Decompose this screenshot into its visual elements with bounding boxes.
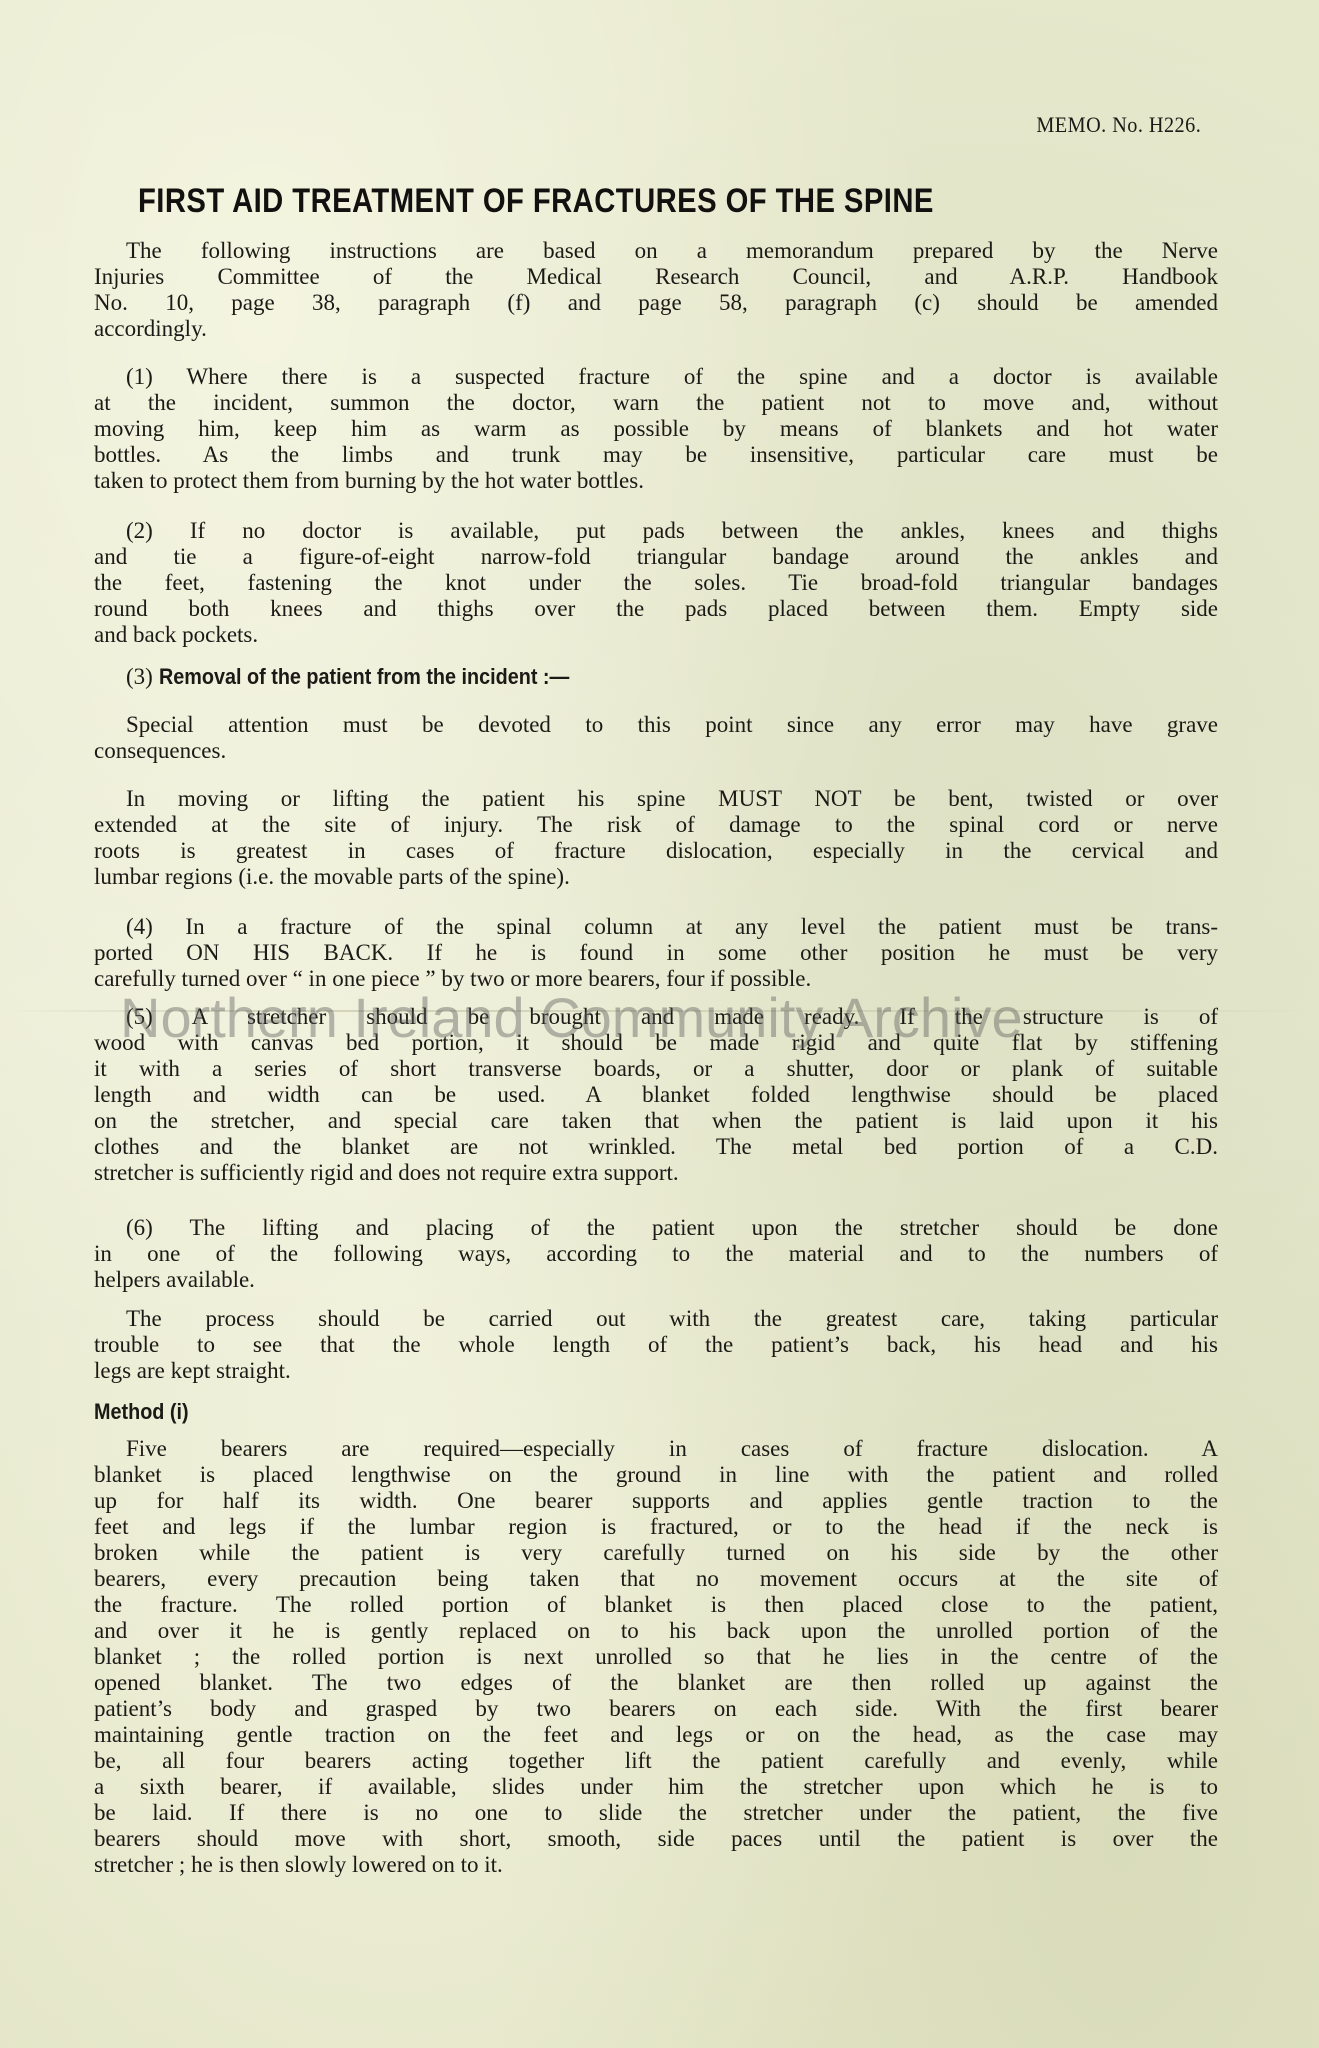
text-line: a sixth bearer, if available, slides und… xyxy=(94,1774,1218,1800)
text-line: opened blanket. The two edges of the bla… xyxy=(94,1670,1218,1696)
process-paragraph: The process should be carried out with t… xyxy=(94,1306,1218,1384)
text-line: No. 10, page 38, paragraph (f) and page … xyxy=(94,290,1218,316)
text-line: on the stretcher, and special care taken… xyxy=(94,1108,1218,1134)
text-line: length and width can be used. A blanket … xyxy=(94,1082,1218,1108)
text-line: wood with canvas bed portion, it should … xyxy=(94,1030,1218,1056)
text-line: Special attention must be devoted to thi… xyxy=(94,712,1218,738)
text-line: legs are kept straight. xyxy=(94,1358,1218,1384)
text-line: carefully turned over “ in one piece ” b… xyxy=(94,966,1218,992)
section-3-paragraph-1: Special attention must be devoted to thi… xyxy=(94,712,1218,764)
text-line: roots is greatest in cases of fracture d… xyxy=(94,838,1218,864)
text-line: round both knees and thighs over the pad… xyxy=(94,596,1218,622)
text-line: the feet, fastening the knot under the s… xyxy=(94,570,1218,596)
memo-page: MEMO. No. H226. FIRST AID TREATMENT OF F… xyxy=(0,0,1319,2048)
text-line: The process should be carried out with t… xyxy=(94,1306,1218,1332)
text-line: trouble to see that the whole length of … xyxy=(94,1332,1218,1358)
text-line: Five bearers are required—especially in … xyxy=(94,1436,1218,1462)
text-line: it with a series of short transverse boa… xyxy=(94,1056,1218,1082)
text-line: the fracture. The rolled portion of blan… xyxy=(94,1592,1218,1618)
text-line: Injuries Committee of the Medical Resear… xyxy=(94,264,1218,290)
section-3-paragraph-2: In moving or lifting the patient his spi… xyxy=(94,786,1218,890)
text-line: blanket is placed lengthwise on the grou… xyxy=(94,1462,1218,1488)
section-3-number: (3) xyxy=(126,664,153,689)
section-1-paragraph: (1) Where there is a suspected fracture … xyxy=(94,364,1218,494)
method-heading: Method (i) xyxy=(94,1399,189,1425)
text-line: The following instructions are based on … xyxy=(94,238,1218,264)
text-line: clothes and the blanket are not wrinkled… xyxy=(94,1134,1218,1160)
method-paragraph: Five bearers are required—especially in … xyxy=(94,1436,1218,1878)
text-line: consequences. xyxy=(94,738,1218,764)
text-line: stretcher is sufficiently rigid and does… xyxy=(94,1160,1218,1186)
text-line: (2) If no doctor is available, put pads … xyxy=(94,518,1218,544)
text-line: bottles. As the limbs and trunk may be i… xyxy=(94,442,1218,468)
text-line: accordingly. xyxy=(94,316,1218,342)
document-title: FIRST AID TREATMENT OF FRACTURES OF THE … xyxy=(138,182,1032,221)
text-line: and over it he is gently replaced on to … xyxy=(94,1618,1218,1644)
section-3-heading: (3) Removal of the patient from the inci… xyxy=(126,664,615,690)
text-line: (6) The lifting and placing of the patie… xyxy=(94,1215,1218,1241)
text-line: ported ON HIS BACK. If he is found in so… xyxy=(94,940,1218,966)
text-line: taken to protect them from burning by th… xyxy=(94,468,1218,494)
text-line: be laid. If there is no one to slide the… xyxy=(94,1800,1218,1826)
text-line: (5) A stretcher should be brought and ma… xyxy=(94,1004,1218,1030)
section-2-paragraph: (2) If no doctor is available, put pads … xyxy=(94,518,1218,648)
text-line: In moving or lifting the patient his spi… xyxy=(94,786,1218,812)
text-line: patient’s body and grasped by two bearer… xyxy=(94,1696,1218,1722)
text-line: and back pockets. xyxy=(94,622,1218,648)
intro-paragraph: The following instructions are based on … xyxy=(94,238,1218,342)
text-line: extended at the site of injury. The risk… xyxy=(94,812,1218,838)
text-line: moving him, keep him as warm as possible… xyxy=(94,416,1218,442)
text-line: blanket ; the rolled portion is next unr… xyxy=(94,1644,1218,1670)
text-line: stretcher ; he is then slowly lowered on… xyxy=(94,1852,1218,1878)
text-line: be, all four bearers acting together lif… xyxy=(94,1748,1218,1774)
text-line: up for half its width. One bearer suppor… xyxy=(94,1488,1218,1514)
text-line: and tie a figure-of-eight narrow-fold tr… xyxy=(94,544,1218,570)
text-line: helpers available. xyxy=(94,1267,1218,1293)
text-line: in one of the following ways, according … xyxy=(94,1241,1218,1267)
text-line: broken while the patient is very careful… xyxy=(94,1540,1218,1566)
text-line: lumbar regions (i.e. the movable parts o… xyxy=(94,864,1218,890)
section-4-paragraph: (4) In a fracture of the spinal column a… xyxy=(94,914,1218,992)
text-line: (4) In a fracture of the spinal column a… xyxy=(94,914,1218,940)
section-3-title: Removal of the patient from the incident… xyxy=(159,664,569,690)
text-line: bearers should move with short, smooth, … xyxy=(94,1826,1218,1852)
section-5-paragraph: (5) A stretcher should be brought and ma… xyxy=(94,1004,1218,1186)
text-line: at the incident, summon the doctor, warn… xyxy=(94,390,1218,416)
text-line: maintaining gentle traction on the feet … xyxy=(94,1722,1218,1748)
text-line: feet and legs if the lumbar region is fr… xyxy=(94,1514,1218,1540)
text-line: bearers, every precaution being taken th… xyxy=(94,1566,1218,1592)
memo-number: MEMO. No. H226. xyxy=(1036,112,1201,138)
text-line: (1) Where there is a suspected fracture … xyxy=(94,364,1218,390)
section-6-paragraph: (6) The lifting and placing of the patie… xyxy=(94,1215,1218,1293)
